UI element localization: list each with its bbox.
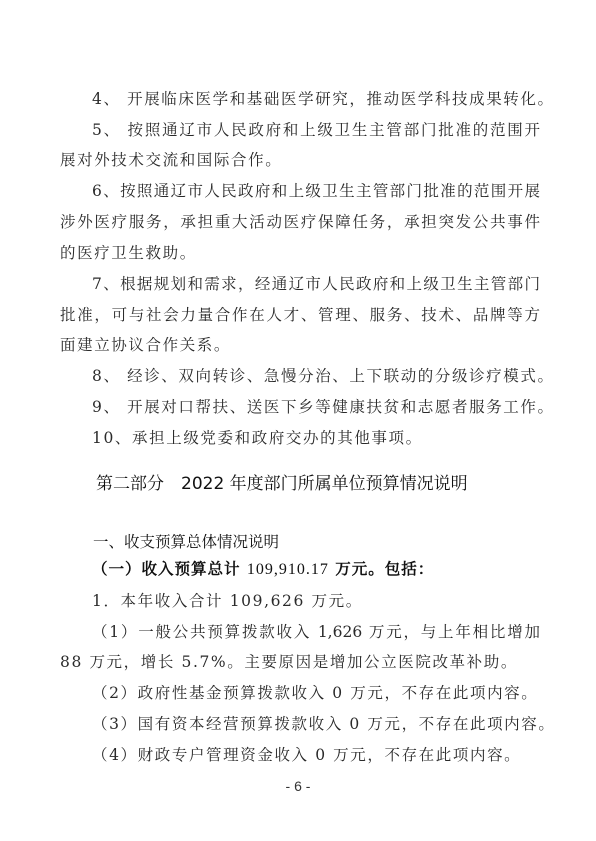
paragraph-fiscal-account: （4）财政专户管理资金收入 0 万元，不存在此项内容。 <box>92 745 572 765</box>
list-item-7-line-2: 批准，可与社会力量合作在人才、管理、服务、技术、品牌等方 <box>60 305 540 325</box>
paragraph-state-capital: （3）国有资本经营预算拨款收入 0 万元，不存在此项内容。 <box>92 714 572 734</box>
paragraph-gov-fund: （2）政府性基金预算拨款收入 0 万元，不存在此项内容。 <box>92 683 572 703</box>
page-number: - 6 - <box>0 778 596 794</box>
list-item-4: 4、 开展临床医学和基础医学研究，推动医学科技成果转化。 <box>92 89 572 109</box>
part-title: 第二部分 2022 年度部门所属单位预算情况说明 <box>96 469 468 494</box>
list-item-5-line-2: 展对外技术交流和国际合作。 <box>60 150 540 170</box>
list-item-8: 8、 经诊、双向转诊、急慢分治、上下联动的分级诊疗模式。 <box>92 366 572 386</box>
list-item-7-line-1: 7、根据规划和需求，经通辽市人民政府和上级卫生主管部门 <box>92 274 540 294</box>
income-total-prefix: （一）收入预算总计 <box>92 559 247 578</box>
list-item-5-line-1: 5、 按照通辽市人民政府和上级卫生主管部门批准的范围开 <box>92 120 540 140</box>
list-item-6-line-3: 的医疗卫生救助。 <box>60 243 540 263</box>
income-total: （一）收入预算总计 109,910.17 万元。包括： <box>92 559 572 580</box>
section-title: 一、收支预算总体情况说明 <box>93 530 279 552</box>
paragraph-annual-income: 1．本年收入合计 109,626 万元。 <box>92 591 572 611</box>
list-item-6-line-1: 6、按照通辽市人民政府和上级卫生主管部门批准的范围开展 <box>92 181 540 201</box>
list-item-10: 10、承担上级党委和政府交办的其他事项。 <box>92 428 572 448</box>
paragraph-general-budget-line-2: 88 万元，增长 5.7%。主要原因是增加公立医院改革补助。 <box>60 652 540 672</box>
list-item-9: 9、 开展对口帮扶、送医下乡等健康扶贫和志愿者服务工作。 <box>92 397 572 417</box>
income-total-suffix: 万元。包括： <box>329 559 434 578</box>
paragraph-general-budget-line-1: （1）一般公共预算拨款收入 1,626 万元，与上年相比增加 <box>92 622 540 642</box>
list-item-7-line-3: 面建立协议合作关系。 <box>60 335 540 355</box>
list-item-6-line-2: 涉外医疗服务，承担重大活动医疗保障任务，承担突发公共事件 <box>60 212 540 232</box>
income-total-value: 109,910.17 <box>247 561 329 578</box>
